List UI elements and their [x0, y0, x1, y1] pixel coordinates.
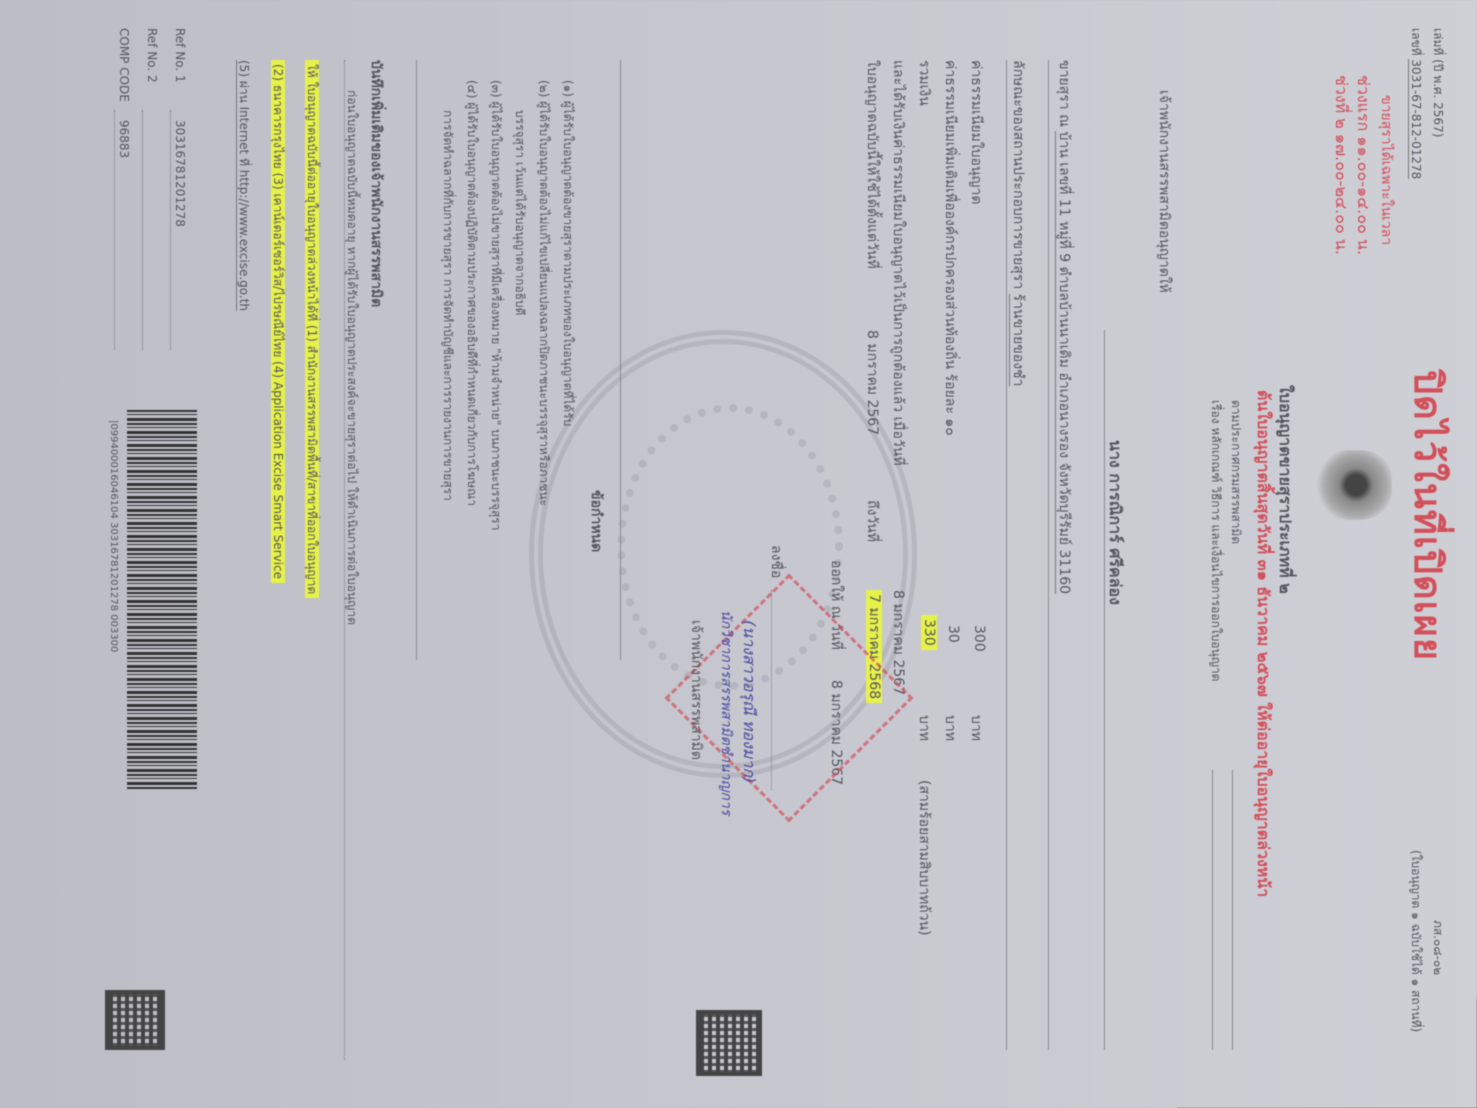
- licensee-name: นาง การณิการ์ ศรีคล่อง: [1102, 440, 1127, 605]
- condition-item: (๑) ผู้ได้รับใบอนุญาตต้องขายสุราตามประเภ…: [558, 80, 577, 426]
- extra-fee-value: 30: [945, 625, 961, 643]
- fee-label: ค่าธรรมเนียมใบอนุญาต: [965, 60, 987, 204]
- license-number: เลขที่ 3031-67-812-01278: [1406, 28, 1425, 179]
- total-value: 330: [921, 615, 937, 650]
- grantor-text: เจ้าพนักงานสรรพสามิตอนุญาตให้: [1153, 90, 1175, 293]
- comp-code-label: COMP CODE: [117, 28, 131, 102]
- received-text: และได้รับเงินค่าธรรมเนียมใบอนุญาตไว้เป็น…: [887, 60, 909, 466]
- ref2-label: Ref No. 2: [145, 28, 159, 83]
- reference-line-1: ตามประกาศกรมสรรพสามิต: [1226, 400, 1245, 544]
- business-type: ลักษณะของสถานประกอบการขายสุรา ร้านขายของ…: [1007, 60, 1029, 386]
- ref1-label: Ref No. 1: [173, 28, 187, 83]
- conditions-title: ข้อกำหนด: [585, 490, 607, 552]
- fee-value: 300: [971, 625, 987, 652]
- notes-line-2: ให้ ใบอนุญาตฉบับนี้ต่ออายุใบอนุญาตล่วงหน…: [302, 60, 321, 598]
- total-words: (สามร้อยสามสิบบาทถ้วน): [913, 780, 935, 936]
- sale-time-title: ขายสุราได้เฉพาะในเวลา: [1375, 95, 1397, 245]
- barcode-icon: [127, 410, 197, 790]
- valid-from: 8 มกราคม 2567: [861, 330, 883, 435]
- fee-unit: บาท: [965, 715, 987, 741]
- notes-line-4[interactable]: (5) ผ่าน Internet ที่ http://www.excise.…: [234, 60, 253, 311]
- condition-item: (๔) ผู้ได้รับใบอนุญาตต้องปฏิบัติตามประกา…: [462, 80, 481, 506]
- business-type-value: ร้านขายของชำ: [1009, 294, 1026, 387]
- garuda-emblem-icon: [1312, 450, 1392, 520]
- address-line: ขายสุรา ณ บ้าน เลขที่ 11 หมู่ที่ 9 ตำบลบ…: [1053, 60, 1075, 594]
- header-title: ปิดไว้ในที่เปิดเผย: [1398, 370, 1459, 661]
- book-label: เล่มที่ (ปี พ.ศ. 2567): [1428, 28, 1447, 137]
- notes-line-3: (2) ธนาคารกรุงไทย (3) เคาน์เตอร์เซอร์วิส…: [268, 60, 287, 583]
- valid-text: ใบอนุญาตฉบับนี้ให้ใช้ได้ตั้งแต่วันที่: [861, 60, 883, 269]
- sale-time-period-1: ช่วงแรก ๑๑.๐๐-๑๔.๐๐ น.: [1350, 75, 1375, 255]
- business-type-label: ลักษณะของสถานประกอบการขายสุรา: [1010, 60, 1026, 289]
- condition-item: (๓) ผู้ได้รับใบอนุญาตต้องไม่ขายสุราที่มี…: [486, 80, 505, 530]
- barcode-text: |099400016046104 30316781201278 003300: [108, 420, 119, 652]
- reference-line-2: เรื่อง หลักเกณฑ์ วิธีการ และเงื่อนไขการอ…: [1206, 400, 1225, 681]
- address-value: บ้าน เลขที่ 11 หมู่ที่ 9 ตำบลบ้านนาเดิม …: [1055, 131, 1072, 594]
- condition-item: (๒) ผู้ได้รับใบอนุญาตต้องไม่แก้ไขเปลี่ยน…: [534, 80, 553, 506]
- expiry-note: ต้นใบอนุญาตสิ้นสุดวันที่ ๓๑ ธันวาคม ๒๕๖๗…: [1250, 390, 1275, 897]
- liquor-license-document: ปิดไว้ในที่เปิดเผย ภส.๐๘-๐๒ (ใบอนุญาต ๑ …: [0, 0, 1477, 1108]
- valid-to-label: ถึงวันที่: [861, 500, 883, 542]
- comp-code-value: 96883: [117, 120, 131, 158]
- number-value: 3031-67-812-01278: [1408, 59, 1423, 179]
- signer-position: นักวิชาการสรรพสามิตชำนาญการ: [715, 610, 737, 815]
- form-code: ภส.๐๘-๐๒: [1428, 920, 1447, 975]
- signer-name: (นางสาวอรุณี ทองมาก): [736, 620, 761, 783]
- extra-fee-label: ค่าธรรมเนียมเพิ่มเติมเพื่อองค์กรปกครองส่…: [939, 60, 961, 436]
- address-prefix: ขายสุรา ณ: [1056, 60, 1072, 127]
- sale-time-period-2: ช่วงที่ ๒ ๑๗.๐๐-๒๔.๐๐ น.: [1328, 75, 1353, 255]
- signer-role: เจ้าพนักงานสรรพสามิต: [685, 620, 707, 760]
- notes-title: บันทึกเพิ่มเติมของเจ้าพนักงานสรรพสามิต: [365, 60, 387, 307]
- sign-label: ลงชื่อ: [765, 545, 787, 578]
- total-unit: บาท: [913, 715, 935, 741]
- number-label: เลขที่: [1409, 28, 1423, 56]
- form-note: (ใบอนุญาต ๑ ฉบับใช้ได้ ๑ สถานที่): [1406, 850, 1425, 1032]
- qr-code-icon: [696, 1010, 762, 1076]
- license-type: ใบอนุญาตขายสุราประเภทที่ ๒: [1272, 385, 1297, 594]
- condition-item: การจัดทำฉลากที่กับการขายสุรา การจัดทำบัญ…: [438, 110, 457, 501]
- payment-qr-code-icon: [105, 990, 165, 1050]
- extra-fee-unit: บาท: [939, 715, 961, 741]
- total-label: รวมเงิน: [913, 60, 935, 106]
- ref1-value: 30316781201278: [173, 120, 187, 227]
- condition-item: บรรจุสุรา เว้นแต่ได้รับอนุญาตจากอธิบดี: [510, 110, 529, 315]
